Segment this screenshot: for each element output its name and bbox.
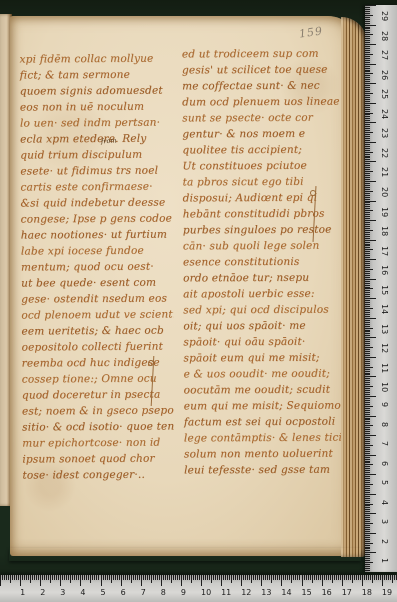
ruler-tick [219, 575, 220, 580]
ruler-number: 5 [101, 588, 106, 597]
ruler-tick [365, 308, 373, 309]
ruler-tick [365, 396, 376, 397]
ruler-tick [365, 306, 370, 307]
ruler-tick [365, 255, 370, 256]
ruler-tick [365, 251, 370, 252]
ruler-tick [365, 167, 370, 168]
ruler-tick [365, 244, 370, 245]
ruler-tick [109, 575, 110, 580]
ruler-tick [365, 484, 373, 485]
ruler-tick [225, 575, 226, 580]
ruler-tick [365, 558, 370, 559]
ruler-number: 5 [380, 480, 389, 485]
manuscript-line: e & uos ooudit· me ooudit; [184, 366, 341, 383]
ruler-tick [273, 575, 274, 580]
interlinear-gloss: from [101, 136, 117, 145]
ruler-tick [365, 173, 370, 174]
ruler-tick [251, 575, 252, 583]
ruler-tick [365, 218, 370, 219]
ruler-tick [365, 222, 370, 223]
ruler-tick [365, 271, 370, 272]
ruler-number: 18 [362, 588, 372, 597]
ruler-tick [365, 103, 376, 104]
ruler-tick [293, 575, 294, 580]
ruler-tick [365, 185, 370, 186]
ruler-tick [348, 575, 349, 580]
ruler-tick [163, 575, 164, 580]
ruler-tick [4, 575, 5, 580]
ruler-tick [365, 556, 370, 557]
margin-nota-mark [148, 356, 156, 406]
ruler-tick [365, 521, 370, 522]
ruler-vertical-cm: 2928272625242322212019181716151413121110… [365, 5, 397, 572]
ruler-tick [217, 575, 218, 580]
ruler-tick [306, 575, 307, 580]
ruler-tick [141, 575, 142, 586]
ruler-tick [365, 195, 370, 196]
manuscript-photo-scene: 159 xpi fidēm collac mollyuefict; & tam … [0, 0, 397, 602]
ruler-tick [56, 575, 57, 580]
ruler-tick [368, 575, 369, 580]
ruler-tick [365, 304, 370, 305]
ruler-tick [365, 429, 370, 430]
ruler-tick [365, 439, 370, 440]
ruler-number: 4 [80, 588, 85, 597]
ruler-tick [16, 575, 17, 580]
ruler-tick [365, 288, 373, 289]
ruler-tick [365, 294, 370, 295]
ruler-tick [365, 492, 370, 493]
ruler-tick [137, 575, 138, 580]
ruler-tick [365, 159, 370, 160]
ruler-tick [275, 575, 276, 580]
manuscript-line: ut bee quede· esent com [21, 274, 173, 291]
ruler-number: 28 [380, 31, 389, 41]
ruler-tick [365, 371, 370, 372]
ruler-tick [365, 118, 370, 119]
ruler-tick [365, 363, 370, 364]
ruler-tick [365, 38, 370, 39]
ruler-tick [365, 140, 370, 141]
manuscript-line: ordo etnāoe tur; nsepu [183, 270, 340, 287]
ruler-tick [62, 575, 63, 580]
ruler-tick [191, 575, 192, 583]
ruler-tick [365, 165, 370, 166]
ruler-tick [161, 575, 162, 586]
ruler-tick [365, 302, 370, 303]
ruler-tick [365, 54, 373, 55]
ruler-tick [365, 126, 370, 127]
ruler-tick [181, 575, 182, 586]
ruler-tick [365, 455, 376, 456]
ruler-tick [365, 312, 370, 313]
ruler-tick [365, 9, 370, 10]
ruler-tick [299, 575, 300, 580]
ruler-tick [365, 445, 373, 446]
ruler-tick [129, 575, 130, 580]
ruler-tick [365, 400, 370, 401]
ruler-tick [365, 504, 373, 505]
ruler-tick [151, 575, 152, 583]
ruler-tick [365, 261, 370, 262]
ruler-tick [330, 575, 331, 580]
ruler-tick [223, 575, 224, 580]
ruler-tick [365, 249, 373, 250]
ruler-tick [297, 575, 298, 580]
ruler-tick [365, 347, 373, 348]
ruler-tick [365, 509, 370, 510]
ruler-tick [365, 488, 370, 489]
ruler-tick [365, 476, 370, 477]
ruler-tick [365, 464, 373, 465]
manuscript-line: quid trium discipulum [20, 146, 172, 163]
ruler-tick [283, 575, 284, 580]
ruler-tick [365, 138, 370, 139]
ruler-tick [365, 410, 370, 411]
ruler-tick [365, 339, 370, 340]
ruler-tick [365, 380, 370, 381]
ruler-tick [310, 575, 311, 580]
ruler-tick [365, 201, 376, 202]
ruler-number: 12 [241, 588, 251, 597]
ruler-tick [365, 437, 370, 438]
ruler-tick [365, 60, 370, 61]
ruler-tick [365, 498, 370, 499]
ruler-tick [365, 95, 370, 96]
ruler-number: 3 [60, 588, 65, 597]
ruler-tick [365, 169, 370, 170]
ruler-tick [362, 575, 363, 586]
ruler-number: 23 [380, 128, 389, 138]
ruler-number: 14 [380, 304, 389, 314]
manuscript-line: oocutām me ooudit; scudit [184, 382, 341, 399]
ruler-tick [117, 575, 118, 580]
manuscript-line: solum non mento uoluerint [184, 446, 341, 463]
ruler-tick [366, 575, 367, 580]
ruler-tick [365, 208, 370, 209]
ruler-tick [195, 575, 196, 580]
ruler-tick [365, 566, 370, 567]
ruler-tick [365, 449, 370, 450]
ruler-tick [185, 575, 186, 580]
ruler-tick [365, 287, 370, 288]
ruler-tick [365, 122, 376, 123]
ruler-tick [197, 575, 198, 580]
ruler-tick [365, 443, 370, 444]
ruler-tick [40, 575, 41, 586]
ruler-tick [28, 575, 29, 580]
ruler-tick [365, 191, 373, 192]
ruler-number: 19 [382, 588, 392, 597]
ruler-number: 2 [380, 539, 389, 544]
ruler-tick [365, 513, 376, 514]
ruler-tick [365, 462, 370, 463]
ruler-tick [76, 575, 77, 580]
ruler-tick [365, 68, 370, 69]
ruler-tick [365, 19, 370, 20]
ruler-tick [365, 230, 373, 231]
ruler-tick [365, 357, 376, 358]
ruler-number: 4 [380, 500, 389, 505]
ruler-tick [365, 341, 370, 342]
ruler-tick [149, 575, 150, 580]
ruler-tick [365, 253, 370, 254]
ruler-tick [267, 575, 268, 580]
ruler-tick [365, 494, 376, 495]
ruler-tick [365, 154, 370, 155]
ruler-tick [365, 232, 370, 233]
ruler-tick [365, 44, 376, 45]
ruler-tick [171, 575, 172, 583]
ruler-tick [365, 502, 370, 503]
ruler-tick [365, 97, 370, 98]
ruler-tick [365, 197, 370, 198]
ruler-number: 16 [380, 265, 389, 275]
ruler-tick [328, 575, 329, 580]
ruler-tick [365, 324, 370, 325]
ruler-tick [336, 575, 337, 580]
ruler-tick [221, 575, 222, 586]
ruler-tick [365, 40, 370, 41]
manuscript-line: leui tefesste· sed gsse tam [184, 462, 341, 479]
ruler-tick [365, 124, 370, 125]
ruler-tick [32, 575, 33, 580]
ruler-number: 2 [40, 588, 45, 597]
ruler-tick [365, 451, 370, 452]
manuscript-line: tose· idest congeger·.. [22, 466, 174, 483]
ruler-tick [34, 575, 35, 580]
ruler-tick [332, 575, 333, 583]
manuscript-line: me coffectae sunt· & nec [182, 78, 339, 95]
ruler-tick [365, 77, 370, 78]
ruler-tick [365, 204, 370, 205]
ruler-tick [365, 52, 370, 53]
ruler-tick [22, 575, 23, 580]
ruler-tick [365, 148, 370, 149]
ruler-tick [201, 575, 202, 586]
ruler-number: 9 [380, 402, 389, 407]
ruler-tick [365, 547, 370, 548]
ruler-tick [356, 575, 357, 580]
ruler-tick [70, 575, 71, 583]
text-column-right: ed ut trodiceem sup comgesis' ut scilice… [182, 46, 341, 491]
ruler-tick [249, 575, 250, 580]
ruler-tick [365, 234, 370, 235]
ruler-tick [105, 575, 106, 580]
ruler-tick [365, 353, 370, 354]
ruler-tick [365, 457, 370, 458]
ruler-number: 7 [141, 588, 146, 597]
ruler-tick [365, 107, 370, 108]
manuscript-line: oepositolo collecti fuerint [21, 338, 173, 355]
manuscript-line: ed ut trodiceem sup com [182, 46, 339, 63]
manuscript-line: eum qui me misit; Sequiomoe [184, 398, 341, 415]
ruler-number: 9 [181, 588, 186, 597]
ruler-tick [394, 575, 395, 580]
ruler-tick [38, 575, 39, 580]
ruler-tick [365, 105, 370, 106]
ruler-tick [312, 575, 313, 583]
ruler-tick [135, 575, 136, 580]
manuscript-line: gese· ostendit nsedum eos [21, 290, 173, 307]
ruler-tick [365, 30, 370, 31]
manuscript-line: eem ueritetis; & haec ocb [21, 322, 173, 339]
ruler-tick [0, 575, 1, 586]
ruler-tick [103, 575, 104, 580]
ruler-tick [14, 575, 15, 580]
ruler-tick [113, 575, 114, 580]
ruler-tick [365, 21, 370, 22]
ruler-tick [175, 575, 176, 580]
ruler-tick [365, 316, 370, 317]
manuscript-line: fict; & tam sermone [20, 66, 172, 83]
ruler-tick [123, 575, 124, 580]
ruler-tick [287, 575, 288, 580]
ruler-tick [237, 575, 238, 580]
ruler-tick [239, 575, 240, 580]
ruler-tick [365, 142, 376, 143]
ruler-tick [84, 575, 85, 580]
ruler-tick [365, 406, 373, 407]
manuscript-line: &si quid indebetur deesse [20, 194, 172, 211]
ruler-tick [365, 345, 370, 346]
ruler-tick [365, 453, 370, 454]
ruler-tick [365, 87, 370, 88]
ruler-tick [187, 575, 188, 580]
ruler-tick [365, 163, 370, 164]
ruler-tick [167, 575, 168, 580]
manuscript-line: gesis' ut scilicet toe quese [182, 62, 339, 79]
ruler-tick [365, 128, 370, 129]
ruler-tick [365, 56, 370, 57]
ruler-number: 27 [380, 50, 389, 60]
ruler-tick [98, 575, 99, 580]
ruler-tick [365, 416, 376, 417]
ruler-number: 20 [380, 187, 389, 197]
ruler-tick [365, 156, 370, 157]
ruler-tick [365, 459, 370, 460]
ruler-tick [243, 575, 244, 580]
ruler-horizontal-cm: 12345678910111213141516171819 [0, 575, 397, 602]
ruler-tick [365, 472, 370, 473]
ruler-number: 8 [161, 588, 166, 597]
ruler-tick [261, 575, 262, 586]
ruler-tick [169, 575, 170, 580]
ruler-tick [360, 575, 361, 580]
ruler-tick [231, 575, 232, 583]
manuscript-line: dum ocd plenuem uos lineae [182, 94, 339, 111]
ruler-tick [365, 269, 373, 270]
ruler-tick [207, 575, 208, 580]
ruler-tick [365, 519, 370, 520]
ruler-tick [101, 575, 102, 586]
manuscript-line: cartis este confirmaese· [20, 178, 172, 195]
ruler-tick [365, 511, 370, 512]
ruler-tick [365, 210, 373, 211]
ruler-tick [257, 575, 258, 580]
ruler-tick [255, 575, 256, 580]
ruler-tick [378, 575, 379, 580]
ruler-tick [159, 575, 160, 580]
ruler-tick [74, 575, 75, 580]
ruler-tick [155, 575, 156, 580]
ruler-tick [50, 575, 51, 583]
ruler-tick [365, 73, 373, 74]
ruler-tick [365, 171, 373, 172]
ruler-tick [365, 28, 370, 29]
ruler-tick [365, 101, 370, 102]
manuscript-line: quolitee tis accipient; [182, 142, 339, 159]
ruler-tick [247, 575, 248, 580]
ruler-tick [96, 575, 97, 580]
ruler-tick [365, 548, 370, 549]
ruler-number: 6 [121, 588, 126, 597]
ruler-tick [107, 575, 108, 580]
ruler-tick [265, 575, 266, 580]
ruler-tick [281, 575, 282, 586]
ruler-tick [269, 575, 270, 580]
ruler-tick [365, 392, 370, 393]
ruler-tick [365, 62, 370, 63]
ruler-tick [365, 529, 370, 530]
ruler-tick [12, 575, 13, 580]
ruler-tick [365, 212, 370, 213]
ruler-number: 11 [380, 363, 389, 373]
ruler-tick [365, 42, 370, 43]
margin-nota-mark [310, 186, 318, 242]
ruler-tick [365, 144, 370, 145]
ruler-tick [372, 575, 373, 583]
ruler-tick [365, 202, 370, 203]
ruler-tick [147, 575, 148, 580]
ruler-tick [365, 550, 370, 551]
manuscript-line: esete· ut fidimus trs noel [20, 162, 172, 179]
ruler-tick [365, 328, 373, 329]
ruler-tick [322, 575, 323, 586]
ruler-tick [365, 265, 370, 266]
ruler-tick [365, 177, 370, 178]
ruler-tick [365, 109, 370, 110]
ruler-tick [365, 382, 370, 383]
ruler-tick [78, 575, 79, 580]
ruler-tick [365, 32, 370, 33]
ruler-tick [344, 575, 345, 580]
ruler-tick [291, 575, 292, 583]
ruler-tick [365, 331, 370, 332]
manuscript-line: ait apostoli uerbic esse: [183, 286, 340, 303]
ruler-tick [365, 537, 370, 538]
ruler-tick [365, 85, 370, 86]
ruler-tick [365, 349, 370, 350]
ruler-tick [326, 575, 327, 580]
book-bottom-edge [9, 548, 361, 561]
ruler-tick [365, 318, 376, 319]
ruler-tick [365, 527, 370, 528]
ruler-tick [365, 247, 370, 248]
ruler-number: 1 [20, 588, 25, 597]
ruler-tick [365, 206, 370, 207]
ruler-tick [365, 461, 370, 462]
ruler-tick [365, 333, 370, 334]
ruler-tick [365, 132, 373, 133]
ruler-tick [365, 220, 376, 221]
ruler-tick [233, 575, 234, 580]
ruler-tick [365, 181, 376, 182]
ruler-tick [365, 46, 370, 47]
ruler-tick [365, 523, 373, 524]
ruler-tick [365, 152, 373, 153]
ruler-tick [365, 259, 376, 260]
